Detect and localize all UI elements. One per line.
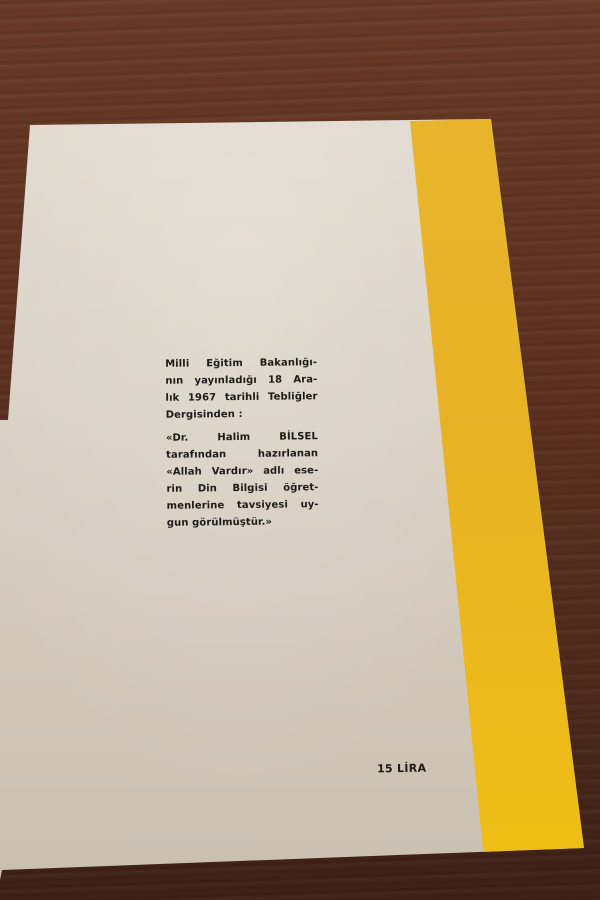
notice-line: «Dr. Halim BİLSEL — [166, 428, 318, 447]
notice-line: tarafından hazırlanan — [166, 445, 318, 464]
notice-line: menlerine tavsiyesi uy- — [167, 496, 319, 515]
notice-line: «Allah Vardır» adlı ese- — [166, 462, 318, 481]
approval-notice: Milli Eğitim Bakanlığı- nın yayınladığı … — [165, 354, 319, 532]
price-label: 15 LİRA — [377, 762, 427, 776]
notice-line: lık 1967 tarihli Tebliğler — [165, 388, 317, 407]
notice-line: Milli Eğitim Bakanlığı- — [165, 354, 317, 373]
notice-line: Dergisinden : — [166, 405, 318, 424]
notice-line: nın yayınladığı 18 Ara- — [165, 371, 317, 390]
notice-line: gun görülmüştür.» — [167, 513, 319, 532]
notice-line: rin Din Bilgisi öğret- — [166, 479, 318, 498]
